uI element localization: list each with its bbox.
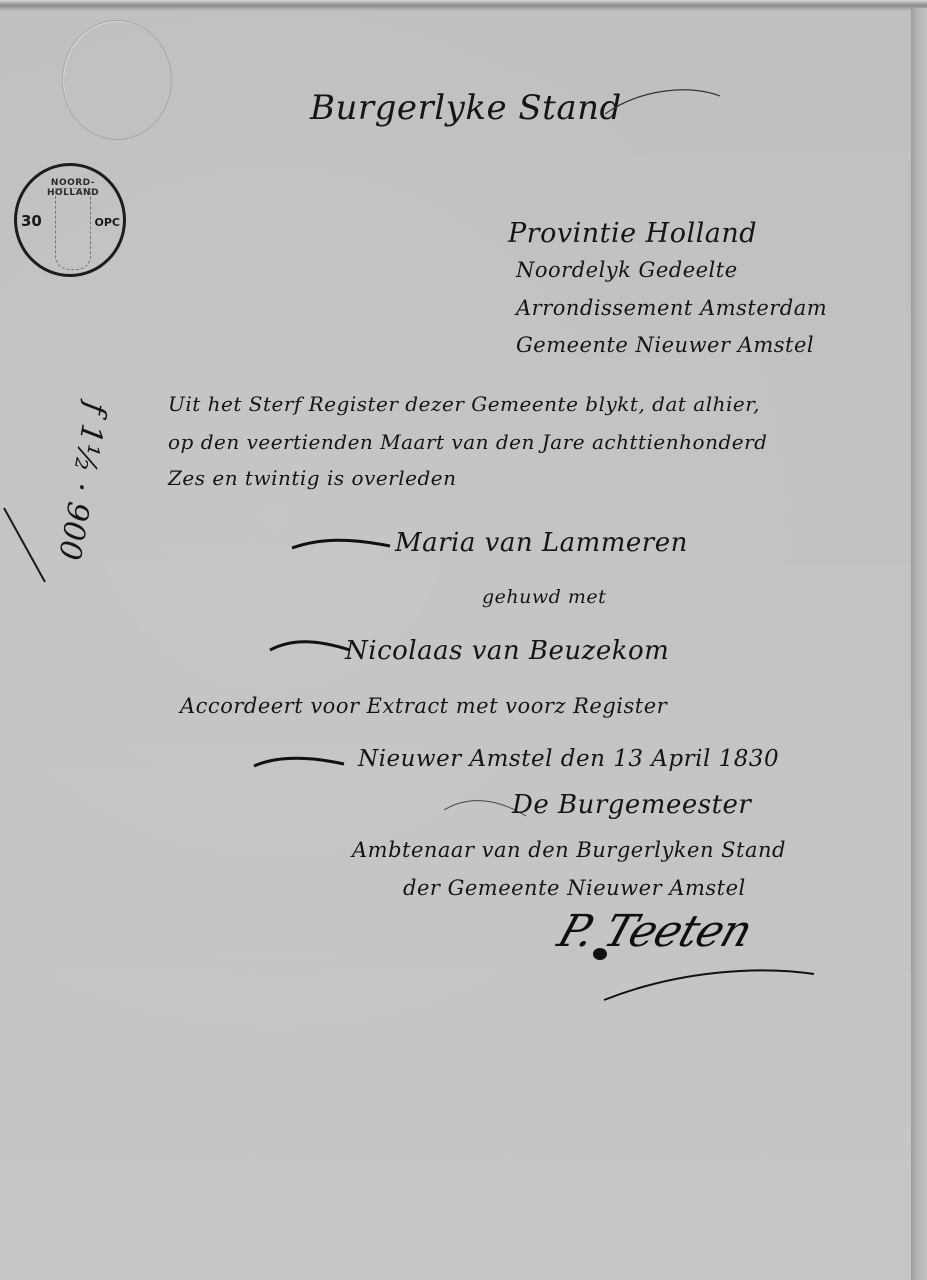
dash-flourish-icon (252, 752, 352, 772)
page-top-edge (0, 0, 927, 12)
relation-text: gehuwd met (482, 586, 606, 608)
address-municipality: Gemeente Nieuwer Amstel (516, 333, 814, 357)
signatory-municipality: der Gemeente Nieuwer Amstel (403, 876, 746, 900)
address-province: Provintie Holland (508, 218, 757, 249)
ink-blot (593, 948, 607, 960)
stamp-value-right: OPC (95, 216, 121, 229)
tax-stamp-icon: NOORD-HOLLAND 30 OPC (14, 163, 126, 277)
place-and-date: Nieuwer Amstel den 13 April 1830 (358, 746, 779, 772)
address-division: Noordelyk Gedeelte (516, 258, 738, 282)
dash-flourish-icon (290, 534, 400, 554)
signatory-role: Ambtenaar van den Burgerlyken Stand (352, 838, 786, 862)
document-title: Burgerlyke Stand (310, 88, 622, 128)
body-line-1: Uit het Sterf Register dezer Gemeente bl… (168, 392, 760, 416)
coat-of-arms-icon (55, 188, 91, 270)
signature-underline-icon (600, 960, 820, 1010)
body-line-2: op den veertienden Maart van den Jare ac… (168, 430, 767, 454)
title-flourish-icon (600, 84, 730, 124)
embossed-seal-icon (62, 20, 172, 140)
stamp-value-left: 30 (21, 212, 42, 230)
address-arrondissement: Arrondissement Amsterdam (516, 296, 827, 320)
spouse-name: Nicolaas van Beuzekom (345, 636, 669, 666)
page-right-edge (911, 8, 927, 1280)
body-line-3: Zes en twintig is overleden (168, 466, 456, 490)
signature: P. Teeten (552, 906, 758, 957)
margin-stroke-icon (0, 500, 110, 590)
certification-text: Accordeert voor Extract met voorz Regist… (180, 694, 667, 718)
signatory-title: De Burgemeester (512, 790, 751, 820)
deceased-name: Maria van Lammeren (395, 528, 688, 558)
